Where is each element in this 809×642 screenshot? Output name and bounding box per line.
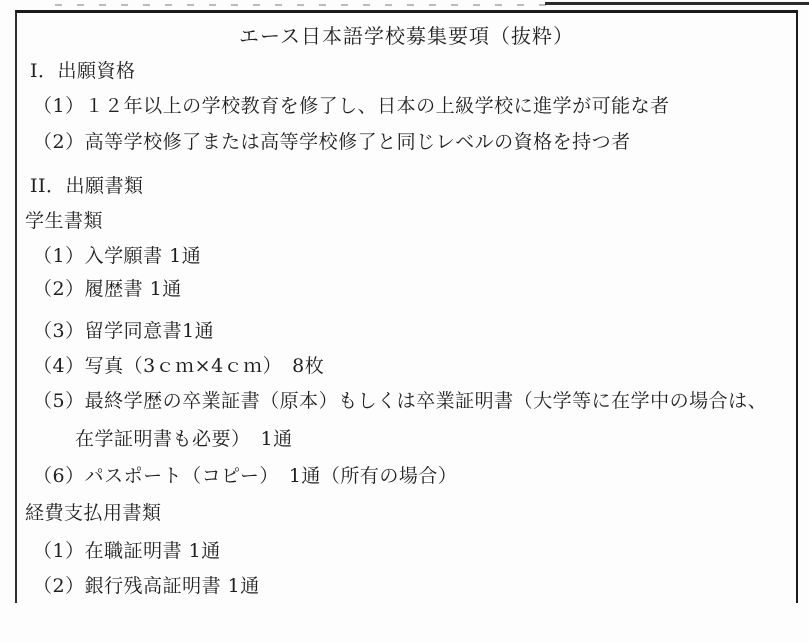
- scan-artifact-line: [545, 2, 809, 5]
- student-document-item: （2）履歴書 1通: [33, 278, 182, 300]
- section-heading-qualifications: I．出願資格: [30, 60, 136, 82]
- student-document-item-continuation: 在学証明書も必要） 1通: [75, 428, 293, 450]
- subheading-expense-documents: 経費支払用書類: [25, 502, 162, 524]
- expense-document-item: （1）在職証明書 1通: [33, 540, 221, 562]
- document-title: エース日本語学校募集要項（抜粋）: [17, 25, 796, 47]
- student-document-item: （6）パスポート（コピー） 1通（所有の場合）: [33, 465, 457, 487]
- qualification-item: （2）高等学校修了または高等学校修了と同じレベルの資格を持つ者: [33, 131, 631, 153]
- qualification-item: （1）１２年以上の学校教育を修了し、日本の上級学校に進学が可能な者: [33, 95, 670, 117]
- student-document-item: （1）入学願書 1通: [33, 245, 201, 267]
- scan-artifact-line: [55, 4, 550, 6]
- student-document-item: （3）留学同意書1通: [33, 320, 214, 342]
- subheading-student-documents: 学生書類: [25, 210, 103, 232]
- student-document-item: （5）最終学歴の卒業証書（原本）もしくは卒業証明書（大学等に在学中の場合は、: [33, 390, 767, 412]
- expense-document-item: （2）銀行残高証明書 1通: [33, 575, 260, 597]
- document-border-box: エース日本語学校募集要項（抜粋） I．出願資格 （1）１２年以上の学校教育を修了…: [15, 10, 798, 603]
- student-document-item: （4）写真（3ｃｍ×4ｃｍ） 8枚: [33, 355, 324, 377]
- section-heading-application-documents: II．出願書類: [30, 175, 144, 197]
- scanned-document-page: エース日本語学校募集要項（抜粋） I．出願資格 （1）１２年以上の学校教育を修了…: [0, 0, 809, 642]
